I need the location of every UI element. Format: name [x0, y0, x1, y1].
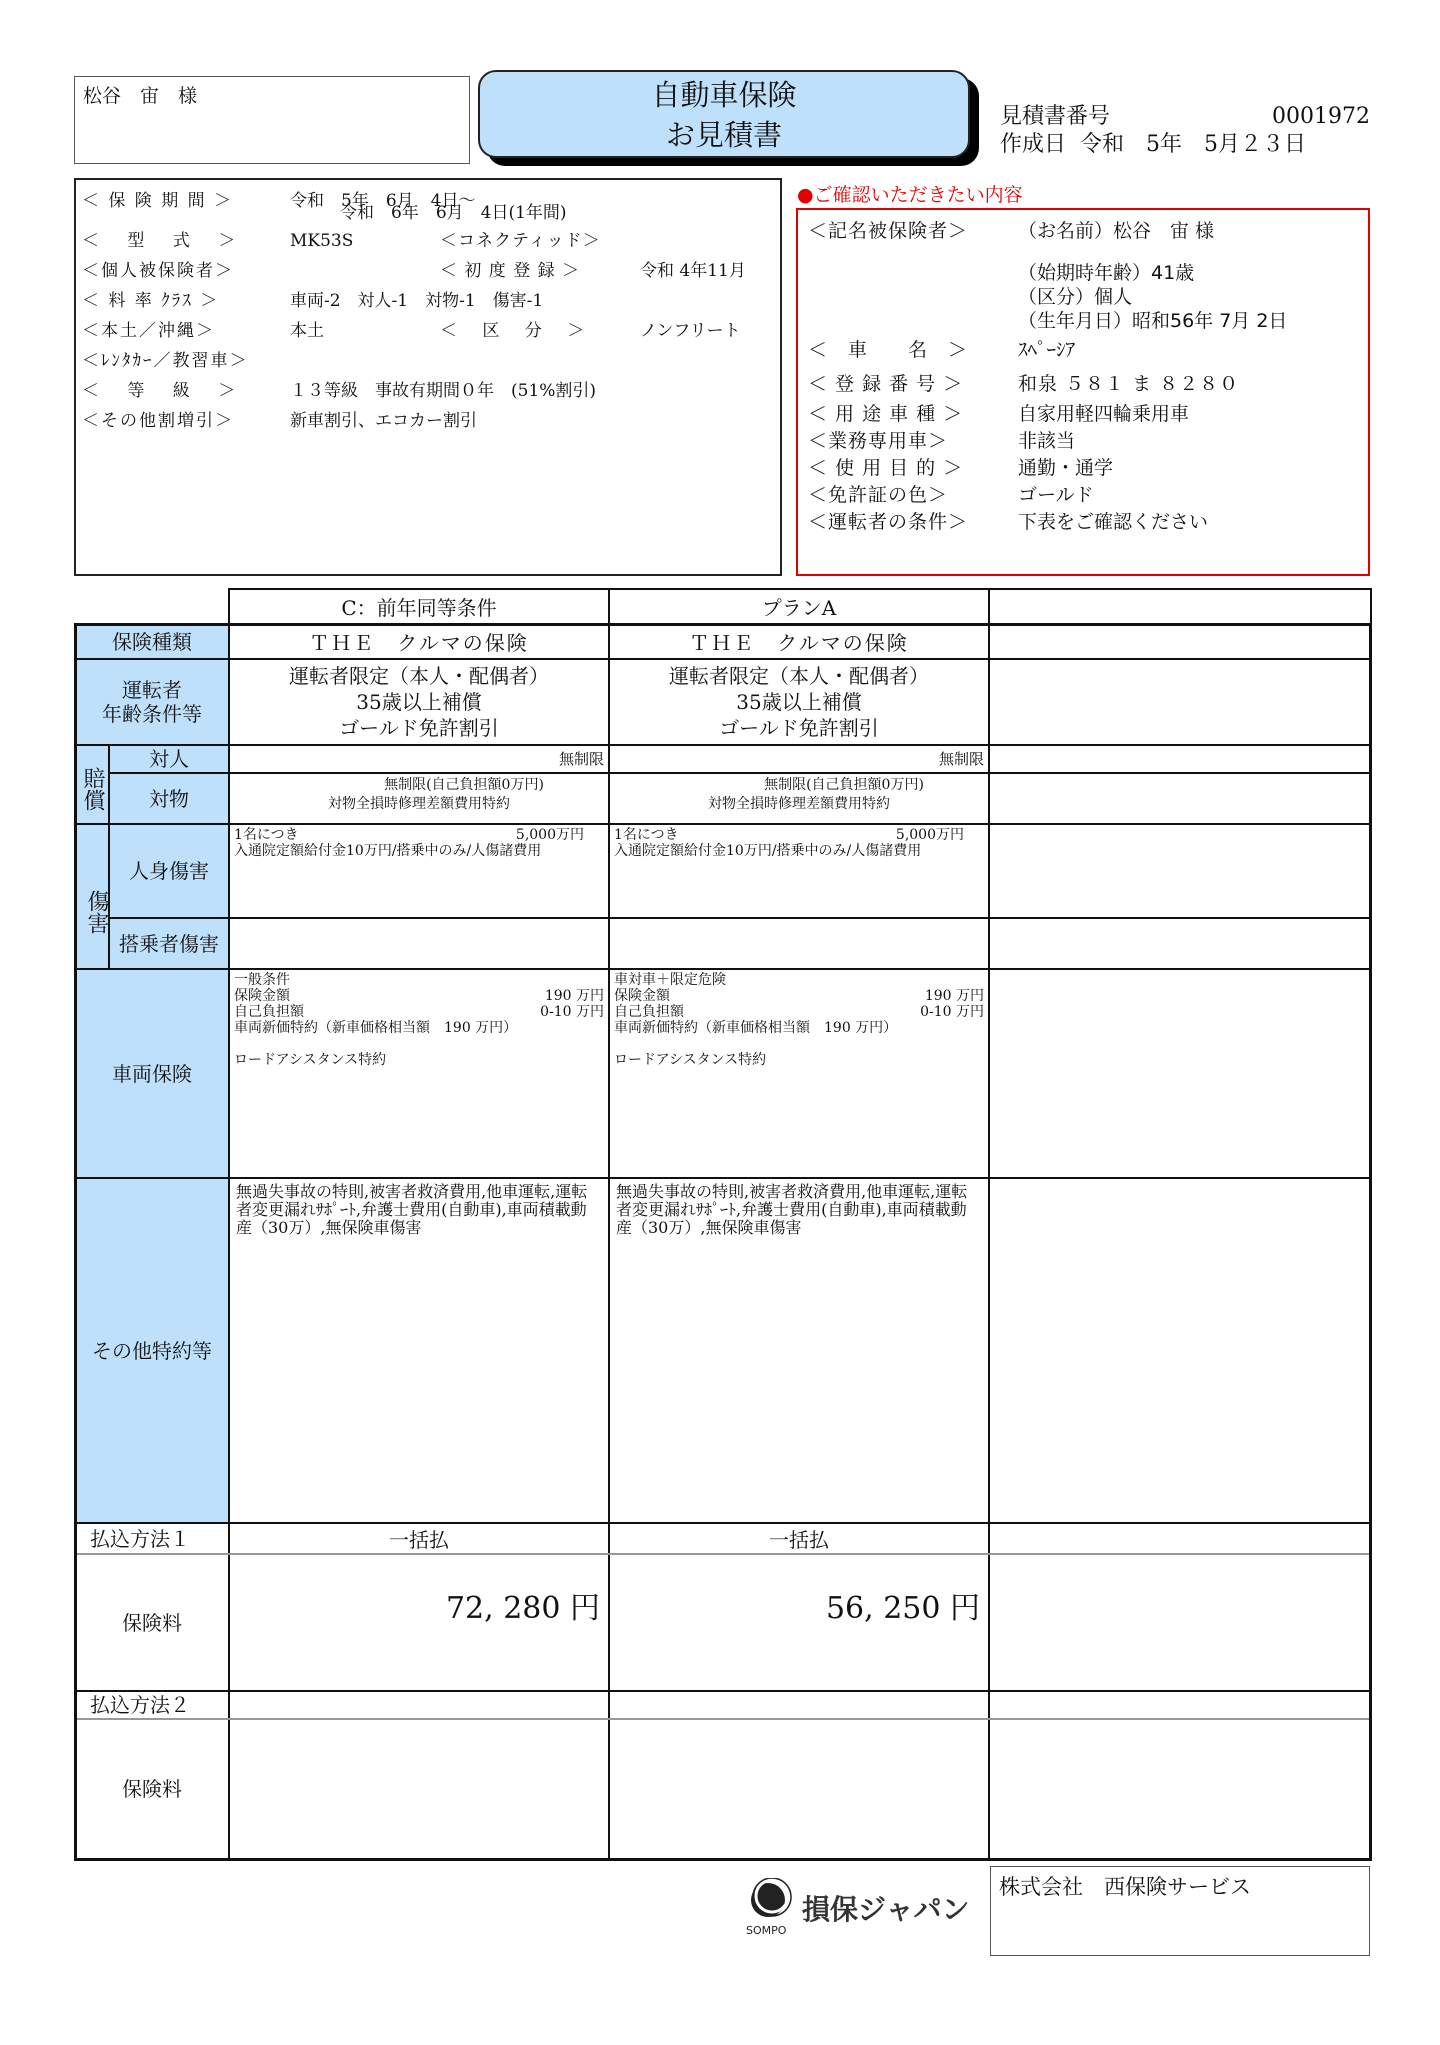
- info-value: 令和 4年11月: [640, 256, 746, 286]
- plan-name: C：前年同等条件: [341, 592, 496, 621]
- plan-bodily: 無制限: [608, 744, 990, 774]
- label-text: 対物: [149, 787, 189, 811]
- info-value: 車両-2 対人-1 対物-1 傷害-1: [290, 286, 543, 316]
- info-row: ＜ 型 式 ＞MK53S＜コネクティッド＞: [82, 226, 774, 256]
- property-rider: 対物全損時修理差額費用特約: [614, 795, 984, 814]
- plan-bodily: [988, 744, 1372, 774]
- plan-pay1: 一括払: [608, 1522, 990, 1555]
- other-riders-text: 無過失事故の特則,被害者救済費用,他車運転,運転者変更漏れｻﾎﾟｰﾄ,弁護士費用…: [616, 1183, 968, 1237]
- label-property: 対物: [108, 772, 230, 825]
- label-text: 保険種類: [112, 630, 192, 654]
- info-label: ＜ 料 率 ｸﾗｽ ＞: [82, 286, 290, 316]
- row-divider: [74, 1718, 1370, 1720]
- confirm-label: ＜ 車 名 ＞: [808, 333, 1018, 367]
- vehicle-deductible-label: 自己負担額: [234, 1004, 304, 1020]
- label-premium1: 保険料: [74, 1553, 230, 1692]
- plan-personal-injury: [988, 823, 1372, 919]
- confirm-row: ＜ 車 名 ＞ｽﾍﾟｰｼｱ: [808, 333, 1358, 367]
- confirm-value: （始期時年齢）41歳: [1018, 261, 1194, 285]
- plan-premium1: [988, 1553, 1372, 1692]
- pi-row: 1名につき5,000万円: [614, 827, 984, 843]
- confirm-label: ＜記名被保険者＞: [808, 218, 1018, 245]
- plan-driver-conditions: 運転者限定（本人・配偶者）35歳以上補償ゴールド免許割引: [608, 658, 990, 746]
- plan-vehicle: 一般条件保険金額190 万円自己負担額0-10 万円車両新価特約（新車価格相当額…: [228, 968, 610, 1179]
- plan-insurance-type: ＴＨＥ クルマの保険: [608, 623, 990, 660]
- plan-passenger-injury: [228, 917, 610, 970]
- label-pay1: 払込方法１: [74, 1522, 230, 1555]
- info-label: ＜その他割増引＞: [82, 406, 290, 436]
- info-row: ＜ 料 率 ｸﾗｽ ＞車両-2 対人-1 対物-1 傷害-1: [82, 286, 774, 316]
- info-label: ＜本土／沖縄＞: [82, 316, 290, 346]
- confirm-row: ＜ 使 用 目 的 ＞通勤・通学: [808, 455, 1358, 482]
- confirm-row: （生年月日）昭和56年 7月 2日: [808, 309, 1358, 333]
- confirm-label: [808, 261, 1018, 285]
- plan-bodily: 無制限: [228, 744, 610, 774]
- info-label: ＜ﾚﾝﾀｶｰ／教習車＞: [82, 346, 290, 376]
- label-text: 搭乗者傷害: [119, 932, 219, 956]
- label-premium2: 保険料: [74, 1718, 230, 1860]
- confirm-value: ｽﾍﾟｰｼｱ: [1018, 333, 1075, 367]
- recipient-name: 松谷 宙 様: [83, 85, 197, 107]
- label-text: 賠償: [80, 767, 104, 811]
- confirm-value: （区分）個人: [1018, 285, 1132, 309]
- info-row: ＜本土／沖縄＞本土＜ 区 分 ＞ノンフリート: [82, 316, 774, 346]
- label-vehicle: 車両保険: [74, 968, 230, 1179]
- label-text: 車両保険: [112, 1062, 192, 1086]
- vehicle-deductible-row: 自己負担額0-10 万円: [614, 1004, 984, 1020]
- confirm-label: ＜ 登 録 番 号 ＞: [808, 367, 1018, 401]
- confirm-value: 和泉 ５８１ ま ８２８０: [1018, 367, 1239, 401]
- other-riders-text: 無過失事故の特則,被害者救済費用,他車運転,運転者変更漏れｻﾎﾟｰﾄ,弁護士費用…: [236, 1183, 588, 1237]
- premium-amount: 72, 280 円: [446, 1591, 600, 1626]
- title-line2: お見積書: [480, 115, 968, 155]
- confirm-value: ゴールド: [1018, 482, 1094, 509]
- info-label: ＜ 区 分 ＞: [440, 316, 640, 346]
- confirm-label: ＜ 使 用 目 的 ＞: [808, 455, 1018, 482]
- label-text: 傷害: [84, 890, 108, 934]
- bodily-value: 無制限: [939, 750, 984, 768]
- pi-row: 1名につき5,000万円: [234, 827, 604, 843]
- plan-pay1: 一括払: [228, 1522, 610, 1555]
- confirm-row: ＜記名被保険者＞（お名前）松谷 宙 様: [808, 218, 1358, 245]
- plan-property: 無制限(自己負担額0万円)対物全損時修理差額費用特約: [228, 772, 610, 825]
- plan-pay2: [608, 1690, 990, 1720]
- plan-other-riders: [988, 1177, 1372, 1524]
- document-title: 自動車保険 お見積書: [478, 70, 970, 158]
- plan-passenger-injury: [608, 917, 990, 970]
- confirm-label: [808, 309, 1018, 333]
- confirm-value: （お名前）松谷 宙 様: [1018, 218, 1214, 245]
- info-value: 新車割引、エコカー割引: [290, 406, 477, 436]
- plan-pay1: [988, 1522, 1372, 1555]
- vehicle-deductible: 0-10 万円: [920, 1004, 984, 1020]
- confirm-row: （始期時年齢）41歳: [808, 261, 1358, 285]
- insurance-type-text: ＴＨＥ クルマの保険: [689, 627, 908, 656]
- label-personal-injury: 人身傷害: [108, 823, 230, 919]
- plan-name: プランA: [762, 592, 836, 621]
- confirm-row: ＜ 用 途 車 種 ＞自家用軽四輪乗用車: [808, 401, 1358, 428]
- info-row: ＜その他割増引＞新車割引、エコカー割引: [82, 406, 774, 436]
- confirm-label: ＜運転者の条件＞: [808, 509, 1018, 536]
- label-other: その他特約等: [74, 1177, 230, 1524]
- confirm-value: 下表をご確認ください: [1018, 509, 1208, 536]
- created-label: 作成日: [1000, 131, 1066, 159]
- label-text: 払込方法１: [90, 1527, 190, 1551]
- confirm-value: 通勤・通学: [1018, 455, 1113, 482]
- plan-other-riders: 無過失事故の特則,被害者救済費用,他車運転,運転者変更漏れｻﾎﾟｰﾄ,弁護士費用…: [228, 1177, 610, 1524]
- driver-condition: 35歳以上補償: [356, 689, 481, 715]
- confirm-row: （区分）個人: [808, 285, 1358, 309]
- confirm-label: [808, 285, 1018, 309]
- sompo-logo: SOMPO 損保ジャパン: [742, 1878, 982, 1936]
- confirm-row: [808, 247, 1358, 261]
- confirm-box: ＜記名被保険者＞（お名前）松谷 宙 様（始期時年齢）41歳（区分）個人（生年月日…: [796, 208, 1370, 576]
- property-limit: 無制限(自己負担額0万円): [614, 776, 984, 795]
- info-row: ＜ﾚﾝﾀｶｰ／教習車＞: [82, 346, 774, 376]
- driver-condition: ゴールド免許割引: [339, 715, 499, 741]
- title-line1: 自動車保険: [480, 75, 968, 115]
- label-text: 運転者 年齢条件等: [102, 678, 202, 726]
- pi-label: 1名につき: [614, 827, 679, 843]
- plan-personal-injury: 1名につき5,000万円入通院定額給付金10万円/搭乗中のみ/人傷諸費用: [608, 823, 990, 919]
- property-limit: 無制限(自己負担額0万円): [234, 776, 604, 795]
- confirm-label: ＜ 用 途 車 種 ＞: [808, 401, 1018, 428]
- pi-value: 5,000万円: [896, 827, 984, 843]
- info-label: ＜コネクティッド＞: [440, 226, 640, 256]
- info-value: 本土: [290, 316, 440, 346]
- plan-driver-conditions: [988, 658, 1372, 746]
- plan-header: [988, 588, 1372, 625]
- plan-other-riders: 無過失事故の特則,被害者救済費用,他車運転,運転者変更漏れｻﾎﾟｰﾄ,弁護士費用…: [608, 1177, 990, 1524]
- info-label: ＜ 等 級 ＞: [82, 376, 290, 406]
- plan-insurance-type: [988, 623, 1372, 660]
- vehicle-road-assistance: ロードアシスタンス特約: [614, 1052, 984, 1068]
- confirm-label: ＜業務専用車＞: [808, 428, 1018, 455]
- plan-property: 無制限(自己負担額0万円)対物全損時修理差額費用特約: [608, 772, 990, 825]
- plan-premium1: 56, 250 円: [608, 1553, 990, 1692]
- agency-box: 株式会社 西保険サービス: [990, 1866, 1370, 1956]
- vehicle-condition: 一般条件: [234, 972, 604, 988]
- pay-method: 一括払: [769, 1524, 829, 1553]
- plan-passenger-injury: [988, 917, 1372, 970]
- info-value: １３等級 事故有期間０年 (51%割引): [290, 376, 596, 406]
- info-row: ＜個人被保険者＞＜ 初 度 登 録 ＞令和 4年11月: [82, 256, 774, 286]
- label-driver: 運転者 年齢条件等: [74, 658, 230, 746]
- plan-premium2: [988, 1718, 1372, 1860]
- plan-premium2: [608, 1718, 990, 1860]
- label-text: 保険料: [122, 1777, 182, 1801]
- vehicle-amount-row: 保険金額190 万円: [234, 988, 604, 1004]
- vehicle-amount-row: 保険金額190 万円: [614, 988, 984, 1004]
- info-label: ＜ 初 度 登 録 ＞: [440, 256, 640, 286]
- plan-pay2: [228, 1690, 610, 1720]
- plan-premium2: [228, 1718, 610, 1860]
- plan-header: C：前年同等条件: [228, 588, 610, 625]
- pay-method: 一括払: [389, 1524, 449, 1553]
- plan-driver-conditions: 運転者限定（本人・配偶者）35歳以上補償ゴールド免許割引: [228, 658, 610, 746]
- svg-text:SOMPO: SOMPO: [746, 1924, 787, 1936]
- vehicle-road-assistance: ロードアシスタンス特約: [234, 1052, 604, 1068]
- vehicle-deductible: 0-10 万円: [540, 1004, 604, 1020]
- confirm-heading: ●ご確認いただきたい内容: [797, 180, 1023, 207]
- pi-note: 入通院定額給付金10万円/搭乗中のみ/人傷諸費用: [234, 843, 604, 859]
- pi-label: 1名につき: [234, 827, 299, 843]
- quote-number: 0001972: [1272, 103, 1370, 131]
- driver-condition: 運転者限定（本人・配偶者）: [289, 663, 549, 689]
- info-value: MK53S: [290, 226, 440, 256]
- confirm-row: ＜ 登 録 番 号 ＞和泉 ５８１ ま ８２８０: [808, 367, 1358, 401]
- info-label: ＜個人被保険者＞: [82, 256, 290, 286]
- vehicle-deductible-label: 自己負担額: [614, 1004, 684, 1020]
- label-insurance-type: 保険種類: [74, 623, 230, 660]
- confirm-label: ＜免許証の色＞: [808, 482, 1018, 509]
- driver-condition: 運転者限定（本人・配偶者）: [669, 663, 929, 689]
- quote-meta: 見積書番号 0001972 作成日 令和 5年 5月２３日: [1000, 103, 1370, 159]
- policy-info-box: ＜ 保 険 期 間 ＞令和 5年 6月 4日〜令和 6年 6月 4日(1年間)＜…: [74, 178, 782, 576]
- pi-value: 5,000万円: [516, 827, 604, 843]
- property-rider: 対物全損時修理差額費用特約: [234, 795, 604, 814]
- label-text: 対人: [149, 747, 189, 771]
- confirm-row: ＜運転者の条件＞下表をご確認ください: [808, 509, 1358, 536]
- label-passenger-injury: 搭乗者傷害: [108, 917, 230, 970]
- label-text: 保険料: [122, 1611, 182, 1635]
- vehicle-new-price: 車両新価特約（新車価格相当額 190 万円）: [614, 1020, 984, 1036]
- plan-premium1: 72, 280 円: [228, 1553, 610, 1692]
- confirm-row: ＜業務専用車＞非該当: [808, 428, 1358, 455]
- label-injury-group: 傷害: [74, 823, 110, 970]
- recipient-box: 松谷 宙 様: [74, 76, 470, 164]
- vehicle-amount: 190 万円: [925, 988, 984, 1004]
- pi-note: 入通院定額給付金10万円/搭乗中のみ/人傷諸費用: [614, 843, 984, 859]
- info-label: ＜ 型 式 ＞: [82, 226, 290, 256]
- quote-number-label: 見積書番号: [1000, 103, 1110, 131]
- logo-brand: 損保ジャパン: [802, 1888, 969, 1928]
- insurance-type-text: ＴＨＥ クルマの保険: [309, 627, 528, 656]
- plan-header: プランA: [608, 588, 990, 625]
- label-text: 払込方法２: [90, 1693, 190, 1717]
- confirm-value: 自家用軽四輪乗用車: [1018, 401, 1189, 428]
- vehicle-amount: 190 万円: [545, 988, 604, 1004]
- info-value: ノンフリート: [640, 316, 741, 346]
- confirm-value: 非該当: [1018, 428, 1075, 455]
- plan-insurance-type: ＴＨＥ クルマの保険: [228, 623, 610, 660]
- driver-condition: 35歳以上補償: [736, 689, 861, 715]
- premium-amount: 56, 250 円: [826, 1591, 980, 1626]
- row-divider: [74, 1553, 1370, 1555]
- label-liability-group: 賠償: [74, 744, 110, 825]
- driver-condition: ゴールド免許割引: [719, 715, 879, 741]
- plan-personal-injury: 1名につき5,000万円入通院定額給付金10万円/搭乗中のみ/人傷諸費用: [228, 823, 610, 919]
- confirm-value: （生年月日）昭和56年 7月 2日: [1018, 309, 1287, 333]
- confirm-label: [808, 247, 1018, 261]
- vehicle-new-price: 車両新価特約（新車価格相当額 190 万円）: [234, 1020, 604, 1036]
- info-value: 令和 6年 6月 4日(1年間): [340, 206, 567, 226]
- vehicle-condition: 車対車＋限定危険: [614, 972, 984, 988]
- plan-pay2: [988, 1690, 1372, 1720]
- bodily-value: 無制限: [559, 750, 604, 768]
- info-label: ＜ 保 険 期 間 ＞: [82, 186, 290, 216]
- vehicle-amount-label: 保険金額: [614, 988, 670, 1004]
- label-text: 人身傷害: [129, 859, 209, 883]
- label-bodily: 対人: [108, 744, 230, 774]
- plan-vehicle: [988, 968, 1372, 1179]
- plan-vehicle: 車対車＋限定危険保険金額190 万円自己負担額0-10 万円車両新価特約（新車価…: [608, 968, 990, 1179]
- info-value: [290, 256, 440, 286]
- info-row: ＜ 等 級 ＞１３等級 事故有期間０年 (51%割引): [82, 376, 774, 406]
- created-value: 令和 5年 5月２３日: [1080, 131, 1306, 159]
- label-pay2: 払込方法２: [74, 1690, 230, 1720]
- confirm-row: ＜免許証の色＞ゴールド: [808, 482, 1358, 509]
- vehicle-amount-label: 保険金額: [234, 988, 290, 1004]
- plan-property: [988, 772, 1372, 825]
- vehicle-deductible-row: 自己負担額0-10 万円: [234, 1004, 604, 1020]
- agency-name: 株式会社 西保険サービス: [999, 1875, 1251, 1899]
- label-text: その他特約等: [92, 1339, 212, 1363]
